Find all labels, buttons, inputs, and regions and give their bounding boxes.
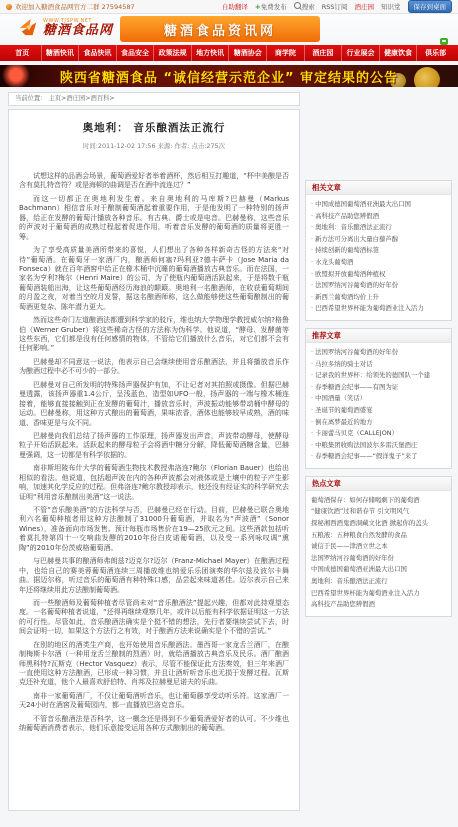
article-paragraph: 巴赫曼却不同意这一说法，他表示自己会继续使用音乐酿酒法，并且将播放音乐作为酿酒过… [19,358,289,377]
hot-article-link[interactable]: 高科技产品助您辨假酒 [311,599,446,611]
save-to-desktop-button[interactable]: 保存到桌面 [408,0,453,13]
article-paragraph: 巴赫曼向我们总结了扬声器的工作原理，扬声器发出声音，声波带动酵母，使酵母粒子开始… [19,432,289,460]
recommended-article-link[interactable]: 记录我的世界杯：给领先的德国队一个建 [311,370,446,382]
related-article-link[interactable]: 巴西希望世界杯能为葡萄酒业注入活力 [311,303,446,315]
hot-article-link[interactable]: 巴西希望世界杯能为葡萄酒业注入活力 [311,588,446,600]
related-article-link[interactable]: 高科技产品助您辨假酒 [311,211,446,223]
nav-item[interactable]: 商学院 [267,45,305,61]
sidebar: 相关文章 中国成德国葡萄酒亚洲最大出口国高科技产品助您辨假酒奥地利：音乐酿酒法正… [305,92,452,624]
site-logo[interactable]: WWW.TJSPW.NET 糖酒食品网 [18,17,113,37]
recommended-article-link[interactable]: 春季糖酒会纪事——“假洋鬼子”来了 [311,451,446,463]
nav-item[interactable]: 政策法规 [154,45,192,61]
site-logo-icon [18,17,40,37]
related-articles-box: 相关文章 中国成德国葡萄酒亚洲最大出口国高科技产品助您辨假酒奥地利：音乐酿酒法正… [305,180,452,321]
link-knowledge[interactable]: 知识堂 [381,2,401,11]
related-article-link[interactable]: 新方法可分离出大量白藜芦醇 [311,234,446,246]
hot-articles-title: 热点文章 [306,477,451,491]
recommended-article-link[interactable]: 中粮集团收购法国波尔多雷沃堡酒庄 [311,440,446,452]
nav-item[interactable]: 地方快讯 [192,45,230,61]
recommended-article-link[interactable]: 倒在离梦最近的地方 [311,417,446,429]
link-self-translate[interactable]: 自助翻译 [222,2,248,11]
site-header: WWW.TJSPW.NET 糖酒食品网 糖酒食品资讯网 [0,14,458,45]
nav-item[interactable]: 糖酒协会 [229,45,267,61]
hot-articles-box: 热点文章 葡萄酒保存：如何存储喝剩下的葡萄酒“健康饮酒”过和谐春节 引文明风气探… [305,476,452,617]
article-paragraph: 南非一家葡萄酒厂，不仅让葡萄酒听音乐，也让葡萄藤享受动听乐符。这家酒厂一天24小… [19,692,289,711]
recommended-articles-box: 推荐文章 法国罗纳河谷葡萄酒的好年份马拉多纳的骑士对话记录我的世界杯：给领先的德… [305,328,452,469]
firework-decoration-icon [2,65,30,87]
article-column: 当前位置： 主页>酒庄园>酒百科> 奥地利： 音乐酿酒法正流行 时间:2011-… [8,92,300,811]
nav-item[interactable]: 首页 [4,45,42,61]
hot-article-link[interactable]: 法国罗纳河谷葡萄酒的好年份 [311,553,446,565]
qq-group-welcome[interactable]: 欢迎加入糖酒食品网官方二群 27594587 [6,2,135,11]
article-box: 奥地利： 音乐酿酒法正流行 时间:2011-12-02 17:56 来源: 作者… [8,109,300,811]
related-article-link[interactable]: 持续创新的葡萄酒标签 [311,245,446,257]
article-paragraph: 而这一切都正在奥地利发生着。来自奥地利的马库斯?巴赫曼（Markus Bachm… [19,195,289,242]
article-paragraph: 为了享受高质量美酒所带来的喜悦，人们想出了各种各样新奇古怪的方法来“对待”葡萄酒… [19,246,289,312]
recommended-article-link[interactable]: 法国罗纳河谷葡萄酒的好年份 [311,347,446,359]
nav-item[interactable]: 健康饮食 [380,45,418,61]
page: 欢迎加入糖酒食品网官方二群 27594587 自助翻译 +免费发布 搜索 RSS… [0,0,458,827]
nav-item[interactable]: 食品快讯 [79,45,117,61]
recommended-articles-title: 推荐文章 [306,329,451,343]
article-paragraph: 在别的地区的酒类生产商，也开始使用音乐酿酒法。墨西哥一家龙舌兰酒厂，在酿制梅斯卡… [19,641,289,688]
article-paragraph: 不管音乐酿酒法是否科学，这一概念还是得到不少葡萄酒爱好者的认可。不少维也纳葡萄酒… [19,715,289,734]
welcome-text: 欢迎加入糖酒食品网官方二群 27594587 [15,2,135,11]
announcement-text: 陕西省糖酒食品 “诚信经营示范企业” 审定结果的公告 [60,67,398,86]
hot-article-link[interactable]: 中国成德国葡萄酒亚洲最大出口国 [311,564,446,576]
related-article-link[interactable]: 新西兰葡萄酒均价上升 [311,292,446,304]
hot-article-link[interactable]: 奥地利：音乐酿酒法正流行 [311,576,446,588]
recommended-article-link[interactable]: 卡丽蕾马贝克（CALLEJON） [311,428,446,440]
related-article-link[interactable]: 水龙头葡萄酒 [311,257,446,269]
link-rss[interactable]: RSS订阅 [322,2,348,11]
link-free-publish[interactable]: +免费发布 [255,2,287,11]
related-article-link[interactable]: 奥地利：音乐酿酒法正流行 [311,222,446,234]
article-paragraph: 而一些酿酒师及葡萄种植者尽管尚未对“音乐酿酒法”提起兴趣，但都对此持观望态度。一… [19,599,289,637]
top-utility-bar: 欢迎加入糖酒食品网官方二群 27594587 自助翻译 +免费发布 搜索 RSS… [0,0,458,14]
recommended-article-link[interactable]: 春季糖酒会纪事——有图为证 [311,382,446,394]
related-article-link[interactable]: 欧盟拟开放葡萄酒种植权 [311,269,446,281]
nav-item[interactable]: 行业展会 [342,45,380,61]
hot-article-link[interactable]: 五粮液：五种粮食自然发酵的食品 [311,530,446,542]
nav-item[interactable]: 酒庄园 [305,45,343,61]
related-article-link[interactable]: 法国罗纳河谷葡萄酒的好年份 [311,280,446,292]
hot-article-link[interactable]: 葡萄酒保存：如何存储喝剩下的葡萄酒 [311,495,446,507]
hot-articles-list: 葡萄酒保存：如何存储喝剩下的葡萄酒“健康饮酒”过和谐春节 引文明风气探秘湘西酒鬼… [306,491,451,616]
nav-list: 首页糖酒快讯食品快讯食品安全政策法规地方快讯糖酒协会商学院酒庄园行业展会健康饮食… [4,45,454,61]
header-banner: 糖酒食品资讯网 [120,16,320,42]
qq-icon [6,4,12,10]
messenger-icon[interactable] [440,38,448,45]
nav-item[interactable]: 食品安全 [117,45,155,61]
related-articles-list: 中国成德国葡萄酒亚洲最大出口国高科技产品助您辨假酒奥地利：音乐酿酒法正流行新方法… [306,195,451,320]
main-nav: 首页糖酒快讯食品快讯食品安全政策法规地方快讯糖酒协会商学院酒庄园行业展会健康饮食… [0,45,458,61]
main-content: 当前位置： 主页>酒庄园>酒百科> 奥地利： 音乐酿酒法正流行 时间:2011-… [0,92,458,811]
site-name: 糖酒食品网 [43,24,113,37]
article-paragraph: 巴赫曼对自己所发明的特殊扬声器保护有加，不让记者对其拍照或摄像。但据巴赫曼透露，… [19,381,289,428]
recommended-article-link[interactable]: 马拉多纳的骑士对话 [311,359,446,371]
recommended-article-link[interactable]: 中国酒量（笑话） [311,393,446,405]
hot-article-link[interactable]: 诚信于民——津酒立世之本 [311,541,446,553]
hot-article-link[interactable]: “健康饮酒”过和谐春节 引文明风气 [311,506,446,518]
article-body: 试想这样的品酒会场景，葡萄酒爱好者举着酒杯，然后相互打趣道，“杯中美酿是否含有莫… [19,172,289,734]
link-search[interactable]: 搜索 [294,2,315,11]
breadcrumb[interactable]: 当前位置： 主页>酒庄园>酒百科> [8,92,300,106]
article-title: 奥地利： 音乐酿酒法正流行 [19,120,289,135]
hot-article-link[interactable]: 探秘湘西酒鬼酒洞藏文化酒 掀起你的盖头 [311,518,446,530]
article-paragraph: 与巴赫曼共事的酿酒师弗朗兹?迈克尔?迈尔（Franz-Michael Mayer… [19,557,289,595]
article-meta: 时间:2011-12-02 17:56 来源: 作者: 点击:275次 [19,141,289,150]
recommended-article-link[interactable]: 圣诞节的葡萄酒盛宴 [311,405,446,417]
related-articles-title: 相关文章 [306,181,451,195]
announcement-banner[interactable]: 陕西省糖酒食品 “诚信经营示范企业” 审定结果的公告 [0,65,458,87]
article-paragraph: 南非斯坦陵布什大学的葡萄酒生物技术教授弗洛连?鲍尔（Florian Bauer）… [19,464,289,502]
topbar-links: 自助翻译 +免费发布 搜索 RSS订阅 酒庄园 知识堂 保存到桌面 [222,0,452,13]
site-logo-text: WWW.TJSPW.NET 糖酒食品网 [43,18,113,37]
gold-coin-icon [414,67,440,87]
header-banner-title: 糖酒食品资讯网 [164,20,276,39]
nav-item[interactable]: 糖酒快讯 [42,45,80,61]
nav-item[interactable]: 俱乐部 [417,45,454,61]
recommended-articles-list: 法国罗纳河谷葡萄酒的好年份马拉多纳的骑士对话记录我的世界杯：给领先的德国队一个建… [306,343,451,468]
link-winery[interactable]: 酒庄园 [355,2,375,11]
search-icon [294,2,301,9]
article-paragraph: 然而这些奇门左道酿酒法都遭到科学家的驳斥，维也纳大学物理学教授威尔纳?格鲁伯（W… [19,316,289,354]
article-paragraph: 不管“音乐酿美酒”的方法科学与否，巴赫曼已经在行动。目前，巴赫曼已联合奥地利六名… [19,506,289,553]
related-article-link[interactable]: 中国成德国葡萄酒亚洲最大出口国 [311,199,446,211]
article-paragraph: 试想这样的品酒会场景，葡萄酒爱好者举着酒杯，然后相互打趣道，“杯中美酿是否含有莫… [19,172,289,191]
